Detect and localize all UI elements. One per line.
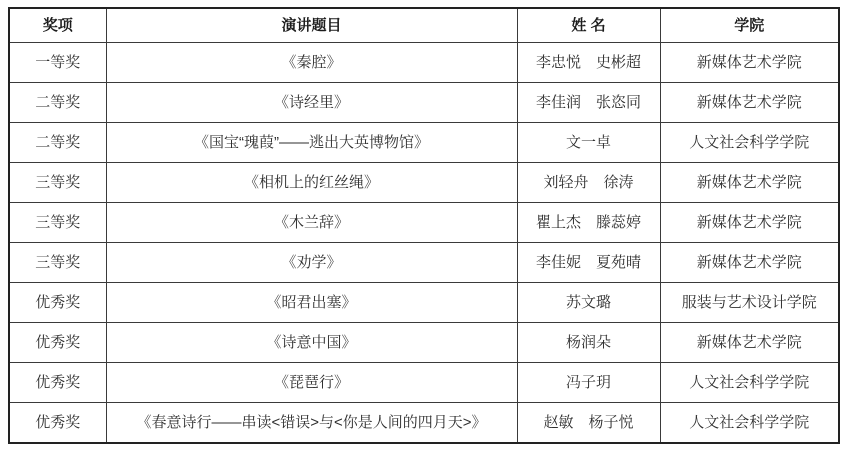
cell-award: 优秀奖: [9, 363, 106, 403]
table-header-row: 奖项演讲题目姓 名学院: [9, 8, 839, 43]
cell-college: 新媒体艺术学院: [660, 323, 839, 363]
column-header-names: 姓 名: [517, 8, 660, 43]
cell-names: 李忠悦 史彬超: [517, 43, 660, 83]
cell-names: 苏文璐: [517, 283, 660, 323]
cell-names: 刘轻舟 徐涛: [517, 163, 660, 203]
table-row: 三等奖《劝学》李佳妮 夏苑晴新媒体艺术学院: [9, 243, 839, 283]
cell-award: 三等奖: [9, 243, 106, 283]
cell-award: 优秀奖: [9, 283, 106, 323]
column-header-title: 演讲题目: [106, 8, 517, 43]
cell-college: 新媒体艺术学院: [660, 203, 839, 243]
cell-names: 瞿上杰 滕蕊婷: [517, 203, 660, 243]
cell-college: 新媒体艺术学院: [660, 163, 839, 203]
cell-title: 《劝学》: [106, 243, 517, 283]
table-row: 优秀奖《琵琶行》冯子玥人文社会科学学院: [9, 363, 839, 403]
cell-title: 《诗意中国》: [106, 323, 517, 363]
cell-names: 冯子玥: [517, 363, 660, 403]
cell-college: 人文社会科学学院: [660, 403, 839, 444]
cell-names: 赵敏 杨子悦: [517, 403, 660, 444]
cell-title: 《国宝“瑰葭”——逃出大英博物馆》: [106, 123, 517, 163]
cell-award: 优秀奖: [9, 403, 106, 444]
table-row: 二等奖《诗经里》李佳润 张恣同新媒体艺术学院: [9, 83, 839, 123]
cell-college: 新媒体艺术学院: [660, 43, 839, 83]
cell-college: 新媒体艺术学院: [660, 83, 839, 123]
table-row: 三等奖《相机上的红丝绳》刘轻舟 徐涛新媒体艺术学院: [9, 163, 839, 203]
cell-college: 人文社会科学学院: [660, 363, 839, 403]
cell-title: 《春意诗行——串读<错误>与<你是人间的四月天>》: [106, 403, 517, 444]
cell-college: 服装与艺术设计学院: [660, 283, 839, 323]
table-row: 优秀奖《春意诗行——串读<错误>与<你是人间的四月天>》赵敏 杨子悦人文社会科学…: [9, 403, 839, 444]
column-header-college: 学院: [660, 8, 839, 43]
cell-names: 李佳润 张恣同: [517, 83, 660, 123]
table-header: 奖项演讲题目姓 名学院: [9, 8, 839, 43]
cell-title: 《诗经里》: [106, 83, 517, 123]
cell-college: 新媒体艺术学院: [660, 243, 839, 283]
table-body: 一等奖《秦腔》李忠悦 史彬超新媒体艺术学院二等奖《诗经里》李佳润 张恣同新媒体艺…: [9, 43, 839, 444]
cell-award: 优秀奖: [9, 323, 106, 363]
table-row: 优秀奖《诗意中国》杨润朵新媒体艺术学院: [9, 323, 839, 363]
awards-table: 奖项演讲题目姓 名学院 一等奖《秦腔》李忠悦 史彬超新媒体艺术学院二等奖《诗经里…: [8, 7, 840, 444]
cell-award: 三等奖: [9, 203, 106, 243]
cell-college: 人文社会科学学院: [660, 123, 839, 163]
table-row: 三等奖《木兰辞》瞿上杰 滕蕊婷新媒体艺术学院: [9, 203, 839, 243]
cell-names: 李佳妮 夏苑晴: [517, 243, 660, 283]
cell-award: 二等奖: [9, 123, 106, 163]
table-row: 二等奖《国宝“瑰葭”——逃出大英博物馆》文一卓人文社会科学学院: [9, 123, 839, 163]
cell-names: 文一卓: [517, 123, 660, 163]
table-row: 一等奖《秦腔》李忠悦 史彬超新媒体艺术学院: [9, 43, 839, 83]
cell-title: 《秦腔》: [106, 43, 517, 83]
document-page: 奖项演讲题目姓 名学院 一等奖《秦腔》李忠悦 史彬超新媒体艺术学院二等奖《诗经里…: [0, 0, 846, 452]
cell-title: 《木兰辞》: [106, 203, 517, 243]
cell-names: 杨润朵: [517, 323, 660, 363]
cell-award: 二等奖: [9, 83, 106, 123]
cell-title: 《琵琶行》: [106, 363, 517, 403]
cell-title: 《昭君出塞》: [106, 283, 517, 323]
column-header-award: 奖项: [9, 8, 106, 43]
cell-award: 一等奖: [9, 43, 106, 83]
table-row: 优秀奖《昭君出塞》苏文璐服装与艺术设计学院: [9, 283, 839, 323]
cell-award: 三等奖: [9, 163, 106, 203]
cell-title: 《相机上的红丝绳》: [106, 163, 517, 203]
